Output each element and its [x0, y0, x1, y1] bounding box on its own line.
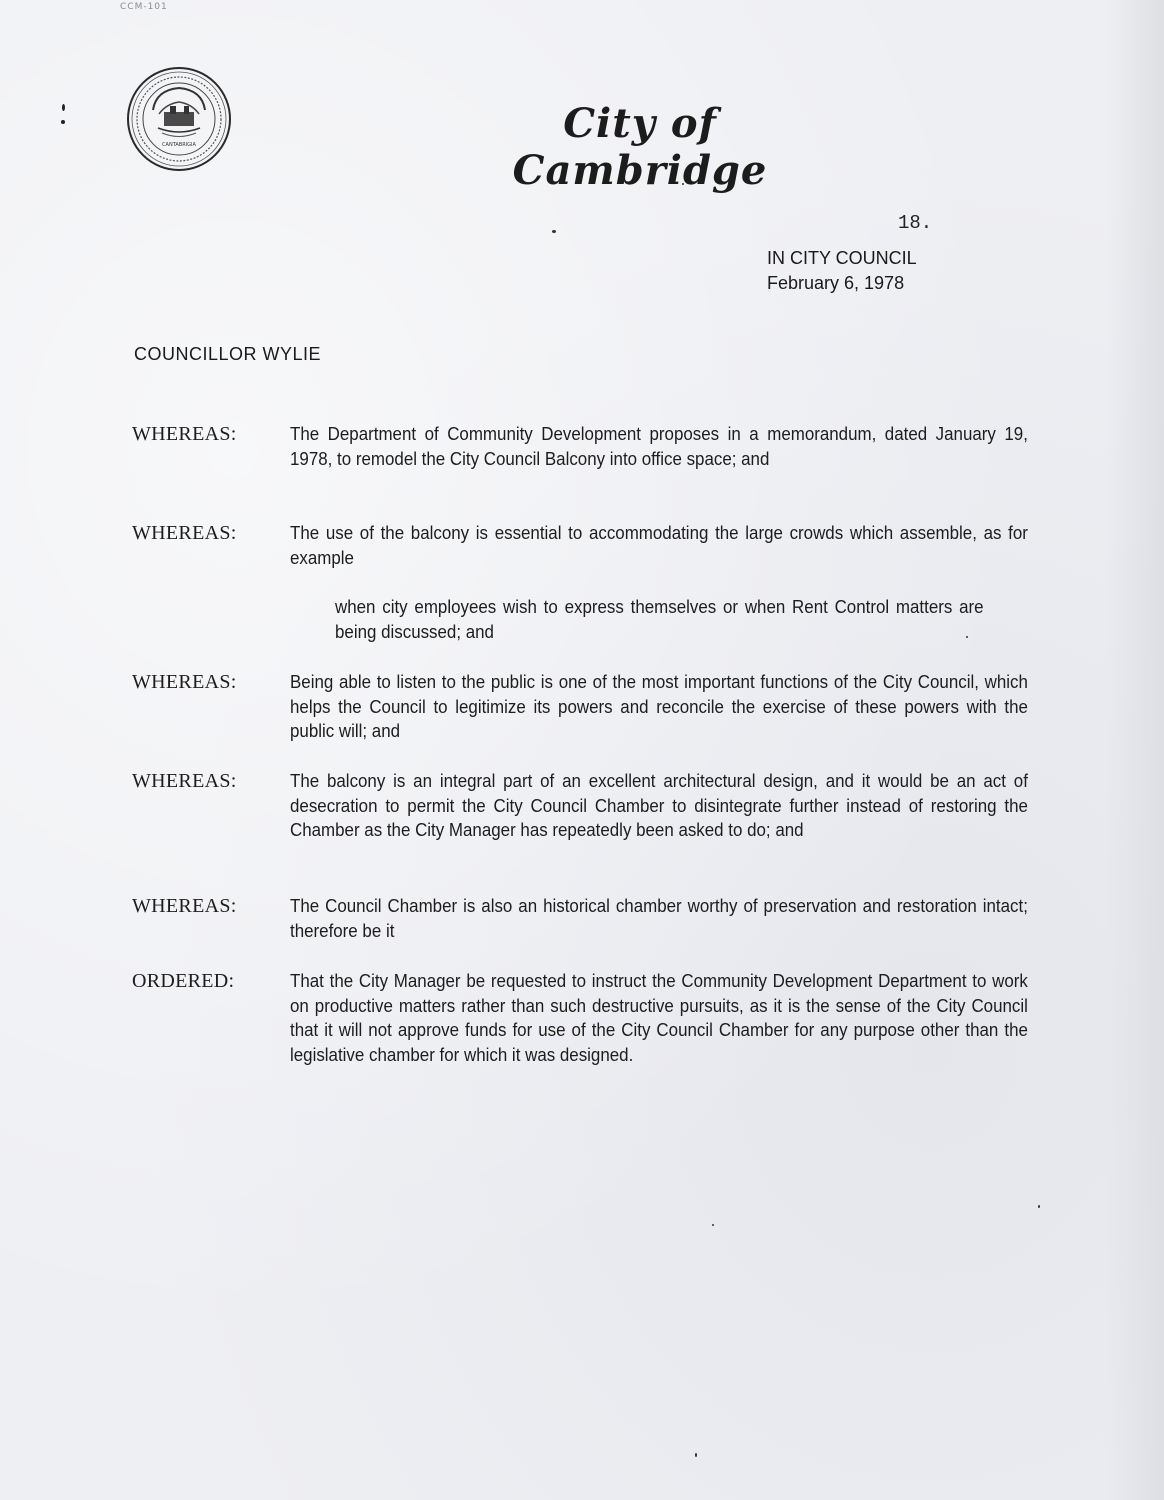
scan-speck [712, 1224, 714, 1226]
scan-speck [966, 636, 968, 638]
city-seal-icon: CANTABRIGIA [126, 66, 232, 172]
clause-label: WHEREAS: [132, 670, 237, 695]
meeting-date: February 6, 1978 [767, 271, 917, 296]
clause-text: The Department of Community Development … [290, 422, 1028, 471]
clause-text: Being able to listen to the public is on… [290, 670, 1028, 744]
sponsor: COUNCILLOR WYLIE [134, 344, 321, 365]
clause-text: The Council Chamber is also an historica… [290, 894, 1028, 943]
item-number: 18. [898, 212, 932, 234]
clause-label: WHEREAS: [132, 894, 237, 919]
form-code: CCM-101 [120, 2, 168, 12]
clause-label: WHEREAS: [132, 521, 237, 546]
clause-text: That the City Manager be requested to in… [290, 969, 1028, 1067]
clause-label: WHEREAS: [132, 769, 237, 794]
council-body: IN CITY COUNCIL [767, 246, 917, 271]
scan-speck [1038, 1205, 1040, 1208]
scan-speck [552, 230, 556, 233]
clause-text: The balcony is an integral part of an ex… [290, 769, 1028, 843]
clause-subtext: when city employees wish to express them… [335, 595, 984, 644]
letterhead-title: City of Cambridge [450, 100, 830, 194]
clause-text: The use of the balcony is essential to a… [290, 521, 1028, 570]
margin-mark [61, 120, 65, 124]
clause-label: ORDERED: [132, 969, 234, 994]
clause-label: WHEREAS: [132, 422, 237, 447]
scan-speck [682, 183, 684, 185]
council-header: IN CITY COUNCIL February 6, 1978 [767, 246, 917, 296]
margin-mark [62, 104, 65, 111]
svg-text:CANTABRIGIA: CANTABRIGIA [162, 142, 196, 148]
scan-speck [695, 1453, 697, 1457]
